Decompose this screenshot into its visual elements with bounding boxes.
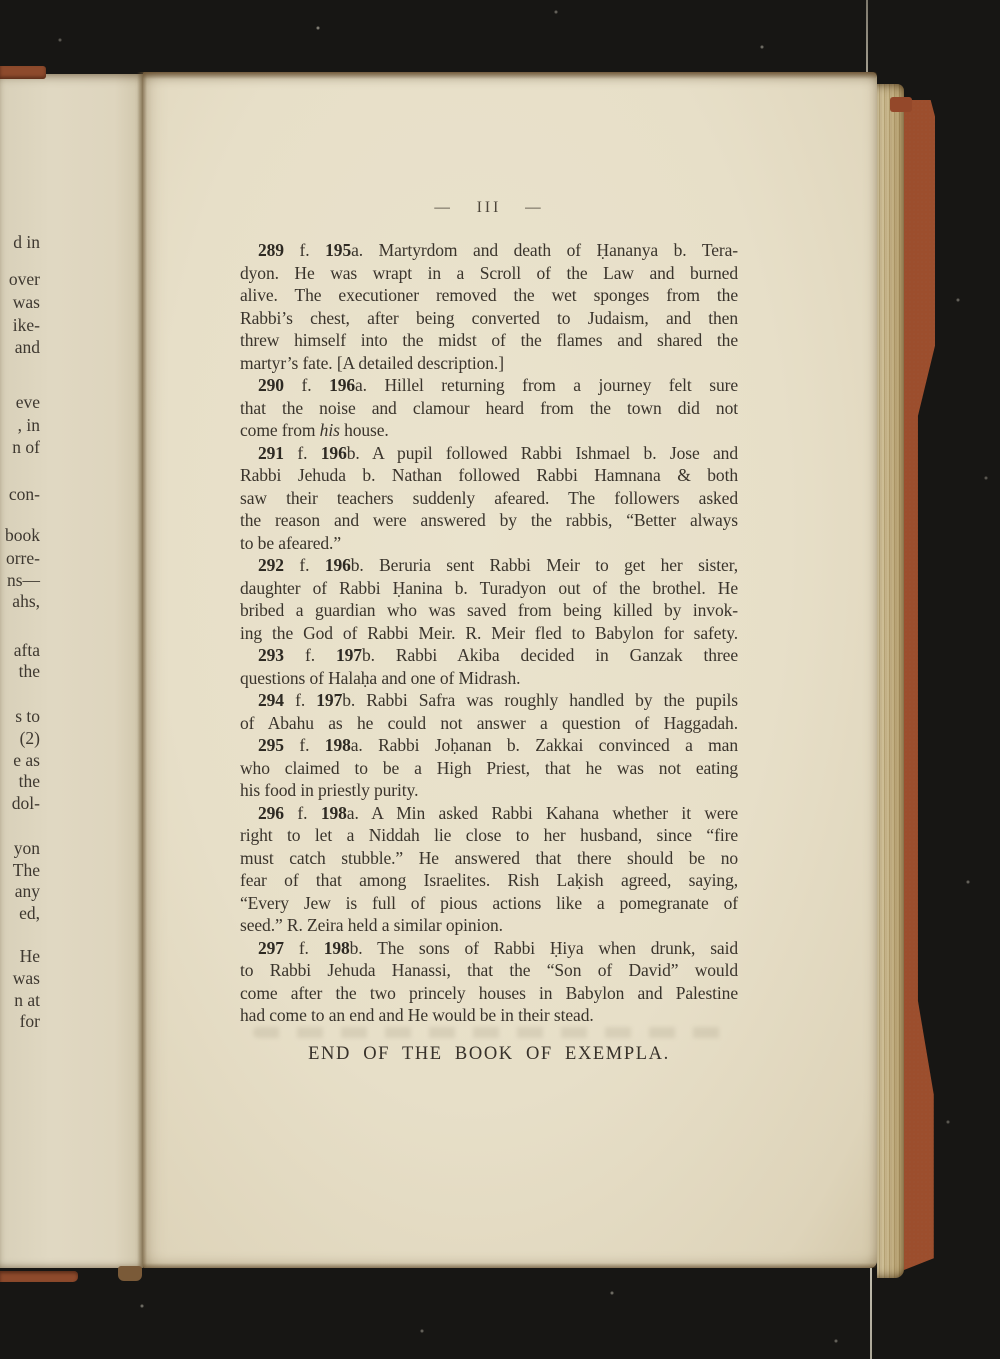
left-page-line-fragment: afta (14, 639, 40, 662)
entry-line: had come to an end and He would be in th… (240, 1004, 738, 1027)
left-page-line-fragment: any (15, 880, 40, 903)
book-cover-corner-bottom-left (0, 1271, 78, 1282)
entry-line: bribed a guardian who was saved from bei… (240, 599, 738, 622)
left-page-line-fragment: , in (18, 414, 40, 437)
entry-line: come after the two princely houses in Ba… (240, 982, 738, 1005)
book-cover-edge-right (904, 100, 935, 1270)
left-page-line-fragment: orre- (6, 547, 40, 570)
left-page-line-fragment: yon (14, 837, 40, 860)
entry-line: fear of that among Israelites. Rish Laḳi… (240, 869, 738, 892)
left-page-line-fragment: (2) (20, 727, 40, 750)
page-number-header: — III — (240, 199, 738, 217)
entry-line: 292 f. 196b. Beruria sent Rabbi Meir to … (240, 554, 738, 577)
left-page-line-fragment: for (20, 1010, 40, 1033)
entry-line: 295 f. 198a. Rabbi Joḥanan b. Zakkai con… (240, 734, 738, 757)
left-page-line-fragment: over (9, 268, 40, 291)
left-page-line-fragment: n of (12, 436, 40, 459)
left-page-line-fragment: ahs, (12, 590, 40, 613)
left-page-line-fragment: and (15, 336, 40, 359)
entry-line: who claimed to be a High Priest, that he… (240, 757, 738, 780)
entry-line: seed.” R. Zeira held a similar opinion. (240, 914, 738, 937)
entry-line: 293 f. 197b. Rabbi Akiba decided in Ganz… (240, 644, 738, 667)
entry-line: saw their teachers suddenly afeared. The… (240, 487, 738, 510)
end-of-book-note: END OF THE BOOK OF EXEMPLA. (240, 1044, 738, 1065)
entry-line: 289 f. 195a. Martyrdom and death of Ḥana… (240, 239, 738, 262)
entry-line: must catch stubble.” He answered that th… (240, 847, 738, 870)
entry-line: 291 f. 196b. A pupil followed Rabbi Ishm… (240, 442, 738, 465)
entry-line: of Abahu as he could not answer a questi… (240, 712, 738, 735)
page-stack-edge (877, 84, 904, 1278)
left-page-line-fragment: s to (15, 705, 40, 728)
left-page-line-fragment: He (20, 945, 40, 968)
entry-line: martyr’s fate. [A detailed description.] (240, 352, 738, 375)
left-page-line-fragment: ed, (19, 902, 40, 925)
entry-paragraph: 292 f. 196b. Beruria sent Rabbi Meir to … (240, 554, 738, 644)
left-page-line-fragment: con- (9, 483, 40, 506)
page-edge-tuft-bottom (118, 1266, 142, 1281)
right-book-page: — III — 289 f. 195a. Martyrdom and death… (143, 72, 877, 1268)
entry-paragraph: 289 f. 195a. Martyrdom and death of Ḥana… (240, 239, 738, 374)
left-page-line-fragment: the (19, 660, 40, 683)
entry-line: dyon. He was wrapt in a Scroll of the La… (240, 262, 738, 285)
entry-paragraph: 290 f. 196a. Hillel returning from a jou… (240, 374, 738, 442)
book-cover-corner-top-left (0, 66, 46, 79)
left-page-line-fragment: the (19, 770, 40, 793)
left-page-line-fragment: book (5, 524, 40, 547)
left-page-line-fragment: The (13, 859, 40, 882)
left-page-line-fragment: was (13, 967, 40, 990)
entry-line: that the noise and clamour heard from th… (240, 397, 738, 420)
entry-paragraph: 293 f. 197b. Rabbi Akiba decided in Ganz… (240, 644, 738, 689)
left-page-line-fragment: dol- (12, 792, 40, 815)
entries-text-block: 289 f. 195a. Martyrdom and death of Ḥana… (240, 239, 738, 1027)
entry-line: Rabbi Jehuda b. Nathan followed Rabbi Ha… (240, 464, 738, 487)
left-page-text-fragments: d inoverwasike-andeve, inn ofcon-bookorr… (0, 0, 41, 1359)
entry-paragraph: 297 f. 198b. The sons of Rabbi Ḥiya when… (240, 937, 738, 1027)
scan-background: d inoverwasike-andeve, inn ofcon-bookorr… (0, 0, 1000, 1359)
left-page-line-fragment: was (13, 291, 40, 314)
entry-line: “Every Jew is full of pious actions like… (240, 892, 738, 915)
thread-artifact-bottom (870, 1268, 872, 1359)
entry-line: his food in priestly purity. (240, 779, 738, 802)
entry-line: threw himself into the midst of the flam… (240, 329, 738, 352)
left-page-line-fragment: ike- (13, 314, 40, 337)
entry-line: questions of Halaḥa and one of Midrash. (240, 667, 738, 690)
entry-line: 296 f. 198a. A Min asked Rabbi Kahana wh… (240, 802, 738, 825)
entry-line: come from his house. (240, 419, 738, 442)
thread-artifact-top (866, 0, 868, 76)
entry-line: 290 f. 196a. Hillel returning from a jou… (240, 374, 738, 397)
ink-showthrough-artifact (253, 1027, 723, 1038)
entry-line: to Rabbi Jehuda Hanassi, that the “Son o… (240, 959, 738, 982)
entry-line: the reason and were answered by the rabb… (240, 509, 738, 532)
entry-line: alive. The executioner removed the wet s… (240, 284, 738, 307)
entry-paragraph: 295 f. 198a. Rabbi Joḥanan b. Zakkai con… (240, 734, 738, 802)
entry-paragraph: 294 f. 197b. Rabbi Safra was roughly han… (240, 689, 738, 734)
entry-line: to be afeared.” (240, 532, 738, 555)
left-page-line-fragment: d in (13, 231, 40, 254)
entry-line: Rabbi’s chest, after being converted to … (240, 307, 738, 330)
book-cover-corner-top-right (890, 97, 912, 112)
entry-line: right to let a Niddah lie close to her h… (240, 824, 738, 847)
left-page-line-fragment: n at (14, 989, 40, 1012)
entry-paragraph: 296 f. 198a. A Min asked Rabbi Kahana wh… (240, 802, 738, 937)
entry-line: 297 f. 198b. The sons of Rabbi Ḥiya when… (240, 937, 738, 960)
entry-paragraph: 291 f. 196b. A pupil followed Rabbi Ishm… (240, 442, 738, 555)
left-page-line-fragment: e as (13, 749, 40, 772)
entry-line: ing the God of Rabbi Meir. R. Meir fled … (240, 622, 738, 645)
left-page-line-fragment: ns— (7, 569, 40, 592)
left-page-line-fragment: eve (16, 391, 40, 414)
entry-line: 294 f. 197b. Rabbi Safra was roughly han… (240, 689, 738, 712)
entry-line: daughter of Rabbi Ḥanina b. Turadyon out… (240, 577, 738, 600)
